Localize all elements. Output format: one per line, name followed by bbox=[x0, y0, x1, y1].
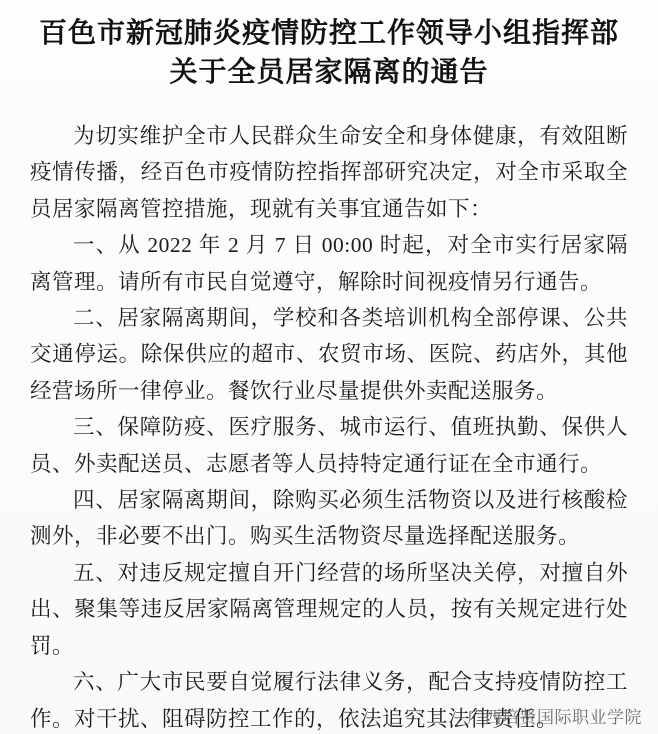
notice-item-1: 一、从 2022 年 2 月 7 日 00:00 时起，对全市实行居家隔离管理。… bbox=[30, 227, 628, 300]
notice-title-line2: 关于全员居家隔离的通告 bbox=[30, 53, 628, 92]
notice-item-4: 四、居家隔离期间，除购买必须生活物资以及进行核酸检测外，非必要不出门。购买生活物… bbox=[30, 482, 628, 555]
notice-item-3: 三、保障防疫、医疗服务、城市运行、值班执勤、保供人员、外卖配送员、志愿者等人员持… bbox=[30, 409, 628, 482]
notice-title-line1: 百色市新冠肺炎疫情防控工作领导小组指挥部 bbox=[30, 14, 628, 53]
notice-item-2: 二、居家隔离期间，学校和各类培训机构全部停课、公共交通停运。除保供应的超市、农贸… bbox=[30, 300, 628, 409]
watermark: 广西培贤国际职业学院 bbox=[467, 703, 642, 728]
notice-document: 百色市新冠肺炎疫情防控工作领导小组指挥部 关于全员居家隔离的通告 为切实维护全市… bbox=[0, 0, 658, 734]
notice-item-5: 五、对违反规定擅自开门经营的场所坚决关停，对擅自外出、聚集等违反居家隔离管理规定… bbox=[30, 555, 628, 664]
notice-intro-paragraph: 为切实维护全市人民群众生命安全和身体健康，有效阻断疫情传播，经百色市疫情防控指挥… bbox=[30, 118, 628, 227]
notice-title: 百色市新冠肺炎疫情防控工作领导小组指挥部 关于全员居家隔离的通告 bbox=[30, 14, 628, 92]
